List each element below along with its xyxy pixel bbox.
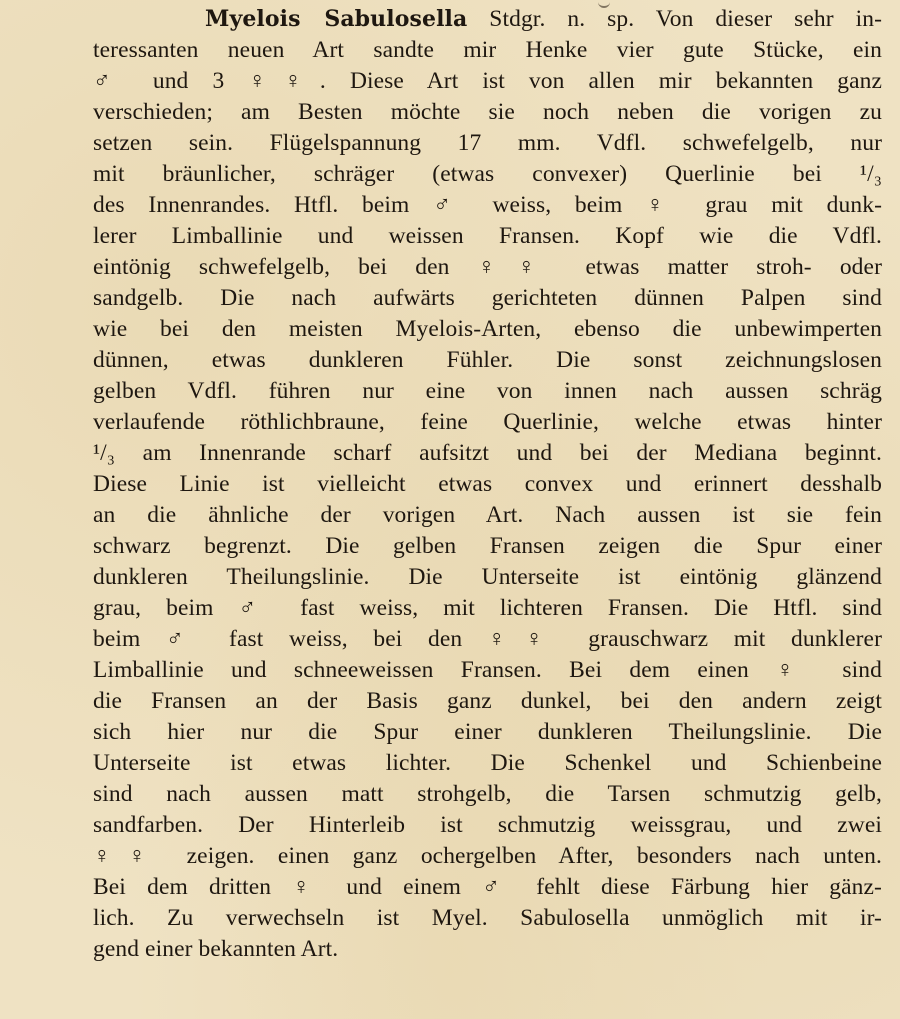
text-line: setzen sein. Flügelspannung 17 mm. Vdfl.… <box>93 128 882 159</box>
text-line: an die ähnliche der vorigen Art. Nach au… <box>93 500 882 531</box>
text-line: lich. Zu verwechseln ist Myel. Sabulosel… <box>93 903 882 934</box>
text-line: ♀♀ zeigen. einen ganz ochergelben After,… <box>93 841 882 872</box>
text-line: Unterseite ist etwas lichter. Die Schenk… <box>93 748 882 779</box>
text-line: schwarz begrenzt. Die gelben Fransen zei… <box>93 531 882 562</box>
text-line: gelben Vdfl. führen nur eine von innen n… <box>93 376 882 407</box>
species-heading: Myelois Sabulosella <box>205 6 467 32</box>
text-line: sich hier nur die Spur einer dunkleren T… <box>93 717 882 748</box>
text-line: grau, beim ♂ fast weiss, mit lichteren F… <box>93 593 882 624</box>
text-line: lerer Limballinie und weissen Fransen. K… <box>93 221 882 252</box>
text-line: beim ♂ fast weiss, bei den ♀♀ grauschwar… <box>93 624 882 655</box>
text-line: gend einer bekannten Art. <box>93 934 882 965</box>
text-line: verschieden; am Besten möchte sie noch n… <box>93 97 882 128</box>
text-line: ¹/₃ am Innenrande scharf aufsitzt und be… <box>93 438 882 469</box>
text-line: ♂ und 3 ♀♀. Diese Art ist von allen mir … <box>93 66 882 97</box>
text-line: sind nach aussen matt strohgelb, die Tar… <box>93 779 882 810</box>
text-line: wie bei den meisten Myelois-Arten, ebens… <box>93 314 882 345</box>
document-page: Myelois Sabulosella Stdgr. n. sp. Von di… <box>93 4 882 965</box>
text-line: Diese Linie ist vielleicht etwas convex … <box>93 469 882 500</box>
text-line: dunkleren Theilungslinie. Die Unterseite… <box>93 562 882 593</box>
text-line: Limballinie und schneeweissen Fransen. B… <box>93 655 882 686</box>
text-line: dünnen, etwas dunkleren Fühler. Die sons… <box>93 345 882 376</box>
text-line: Myelois Sabulosella Stdgr. n. sp. Von di… <box>93 4 882 35</box>
text-line: teressanten neuen Art sandte mir Henke v… <box>93 35 882 66</box>
line-text: Stdgr. n. sp. Von dieser sehr in- <box>467 6 882 32</box>
text-line: verlaufende röthlichbraune, feine Querli… <box>93 407 882 438</box>
text-line: die Fransen an der Basis ganz dunkel, be… <box>93 686 882 717</box>
text-line: mit bräunlicher, schräger (etwas convexe… <box>93 159 882 190</box>
text-line: des Innenrandes. Htfl. beim ♂ weiss, bei… <box>93 190 882 221</box>
text-line: Bei dem dritten ♀ und einem ♂ fehlt dies… <box>93 872 882 903</box>
text-line: sandgelb. Die nach aufwärts gerichteten … <box>93 283 882 314</box>
text-line: sandfarben. Der Hinterleib ist schmutzig… <box>93 810 882 841</box>
text-line: eintönig schwefelgelb, bei den ♀♀ etwas … <box>93 252 882 283</box>
